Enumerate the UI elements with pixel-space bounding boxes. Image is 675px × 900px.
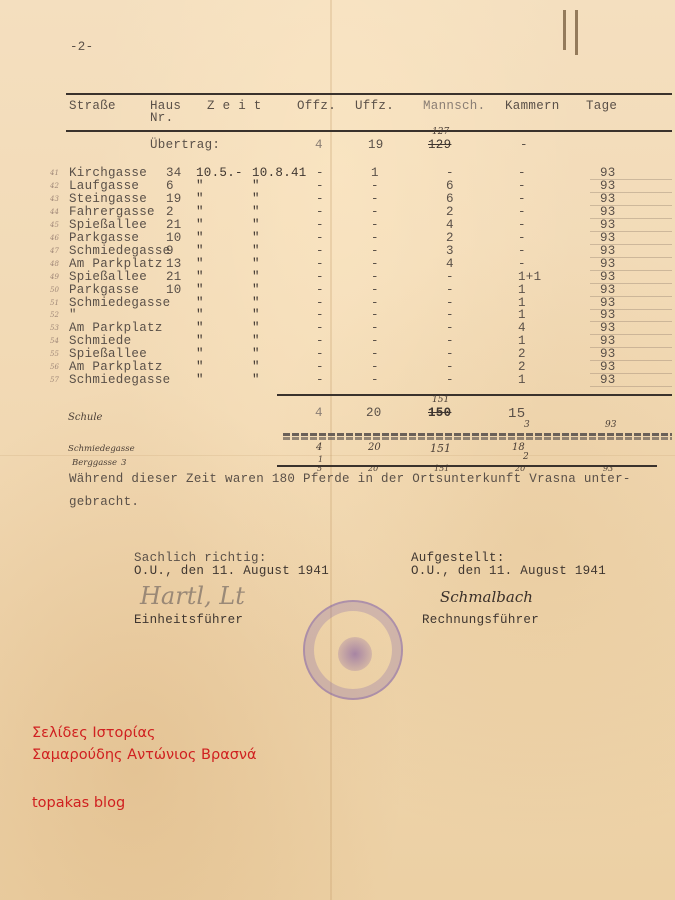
subtotal-tage: 93 — [605, 420, 616, 430]
row-strasse: Spießallee — [69, 270, 147, 284]
sign-left-signature: Hartl, Lt — [140, 582, 245, 610]
row-kammern: 1 — [518, 308, 526, 322]
subtotal-kammern-add: 3 — [524, 420, 530, 430]
col-offz: Offz. — [297, 99, 336, 113]
row-zeit-to: " — [252, 270, 260, 284]
total1-kammern-add: 2 — [523, 452, 529, 462]
row-offz: - — [316, 231, 324, 245]
row-margin-number: 42 — [50, 182, 59, 190]
row-kammern: 1+1 — [518, 270, 541, 284]
subtotal-rule — [277, 394, 672, 396]
row-haus: 21 — [166, 270, 182, 284]
row-margin-number: 47 — [50, 247, 59, 255]
row-tage: 93 — [600, 166, 616, 180]
document-page: -2- Straße Haus Nr. Z e i t Offz. Uffz. … — [0, 0, 675, 900]
header-rule-bottom — [66, 130, 672, 132]
subtotal-hand-label: Schule — [68, 412, 102, 423]
row-margin-number: 52 — [50, 311, 59, 319]
row-haus: 10 — [166, 283, 182, 297]
total1-mannsch: 151 — [430, 442, 451, 455]
row-kammern: - — [518, 244, 526, 258]
row-strasse: Laufgasse — [69, 179, 139, 193]
row-tage: 93 — [600, 360, 616, 374]
row-zeit-to: 10.8.41 — [252, 166, 307, 180]
note-line-2: gebracht. — [69, 495, 139, 509]
row-offz: - — [316, 166, 324, 180]
row-margin-number: 55 — [50, 350, 59, 358]
row-strasse: Kirchgasse — [69, 166, 147, 180]
row-tage: 93 — [600, 179, 616, 193]
row-zeit-from: " — [196, 218, 204, 232]
row-offz: - — [316, 257, 324, 271]
row-uffz: - — [371, 321, 379, 335]
sign-left-date: O.U., den 11. August 1941 — [134, 564, 329, 578]
row-haus: 10 — [166, 231, 182, 245]
row-mannsch: - — [446, 166, 454, 180]
row-tage: 93 — [600, 296, 616, 310]
row-offz: - — [316, 244, 324, 258]
row-zeit-from: " — [196, 244, 204, 258]
carryover-kammern: - — [520, 138, 528, 152]
row-strasse: Am Parkplatz — [69, 257, 163, 271]
col-kammern: Kammern — [505, 99, 560, 113]
row-offz: - — [316, 347, 324, 361]
row-mannsch: - — [446, 283, 454, 297]
row-margin-number: 51 — [50, 299, 59, 307]
row-zeit-from: " — [196, 231, 204, 245]
row-strasse: Am Parkplatz — [69, 321, 163, 335]
row-offz: - — [316, 179, 324, 193]
row-zeit-from: " — [196, 179, 204, 193]
row-kammern: 2 — [518, 347, 526, 361]
row-offz: - — [316, 218, 324, 232]
row-zeit-to: " — [252, 192, 260, 206]
paper-fold-vertical — [330, 0, 332, 900]
row-uffz: - — [371, 218, 379, 232]
row-haus: 21 — [166, 218, 182, 232]
row-kammern: - — [518, 218, 526, 232]
row-mannsch: 3 — [446, 244, 454, 258]
row-kammern: 1 — [518, 296, 526, 310]
subtotal-kammern: 15 — [508, 406, 525, 422]
row-margin-number: 57 — [50, 376, 59, 384]
row-tage: 93 — [600, 308, 616, 322]
row-uffz: - — [371, 308, 379, 322]
row-strasse: Schmiedegasse — [69, 296, 170, 310]
row-zeit-from: " — [196, 360, 204, 374]
row-kammern: 1 — [518, 283, 526, 297]
row-zeit-to: " — [252, 334, 260, 348]
double-dashed-rule — [283, 437, 672, 440]
row-tage: 93 — [600, 205, 616, 219]
total1-offz: 4 — [316, 442, 322, 453]
page-number: -2- — [70, 40, 93, 54]
row-offz: - — [316, 205, 324, 219]
row-zeit-to: " — [252, 296, 260, 310]
row-uffz: 1 — [371, 166, 379, 180]
total-rule — [277, 465, 657, 467]
row-zeit-from: " — [196, 270, 204, 284]
col-nr: Nr. — [150, 111, 173, 125]
row-margin-number: 43 — [50, 195, 59, 203]
col-mannsch: Mannsch. — [423, 99, 485, 113]
row-margin-number: 46 — [50, 234, 59, 242]
row-zeit-from: " — [196, 205, 204, 219]
row-tage: 93 — [600, 334, 616, 348]
row-strasse: Fahrergasse — [69, 205, 155, 219]
sign-left-role: Einheitsführer — [134, 613, 243, 627]
row-mannsch: - — [446, 373, 454, 387]
row-tage: 93 — [600, 231, 616, 245]
overlay-title: Σελίδες Ιστορίας — [32, 725, 156, 741]
col-uffz: Uffz. — [355, 99, 394, 113]
sign-right-label: Aufgestellt: — [411, 551, 505, 565]
row-haus: 34 — [166, 166, 182, 180]
row-margin-number: 49 — [50, 273, 59, 281]
sign-right-signature: Schmalbach — [440, 588, 533, 606]
row-zeit-from: " — [196, 283, 204, 297]
row-mannsch: 6 — [446, 192, 454, 206]
row-zeit-to: " — [252, 321, 260, 335]
row-margin-number: 53 — [50, 324, 59, 332]
row-kammern: - — [518, 257, 526, 271]
row-zeit-to: " — [252, 179, 260, 193]
paper-fold-horizontal — [0, 455, 675, 456]
row-zeit-from: " — [196, 373, 204, 387]
row-margin-number: 45 — [50, 221, 59, 229]
row-margin-number: 44 — [50, 208, 59, 216]
row-haus: 2 — [166, 205, 174, 219]
row-strasse: Spießallee — [69, 218, 147, 232]
row-uffz: - — [371, 347, 379, 361]
row-zeit-to: " — [252, 231, 260, 245]
row-mannsch: - — [446, 347, 454, 361]
row-offz: - — [316, 334, 324, 348]
row-margin-number: 41 — [50, 169, 59, 177]
row-mannsch: - — [446, 270, 454, 284]
row-strasse: " — [69, 308, 77, 322]
sign-left-label: Sachlich richtig: — [134, 551, 267, 565]
row-tage: 93 — [600, 270, 616, 284]
row-haus: 13 — [166, 257, 182, 271]
row-strasse: Parkgasse — [69, 283, 139, 297]
row-uffz: - — [371, 244, 379, 258]
row-mannsch: 4 — [446, 257, 454, 271]
row-haus: 19 — [166, 192, 182, 206]
row-tage: 93 — [600, 283, 616, 297]
row-strasse: Spießallee — [69, 347, 147, 361]
official-stamp — [303, 600, 403, 700]
row-mannsch: - — [446, 360, 454, 374]
row-tage: 93 — [600, 347, 616, 361]
row-kammern: - — [518, 192, 526, 206]
row-uffz: - — [371, 231, 379, 245]
row-uffz: - — [371, 296, 379, 310]
carryover-offz: 4 — [315, 138, 323, 152]
row-tage: 93 — [600, 218, 616, 232]
row-uffz: - — [371, 205, 379, 219]
row-zeit-to: " — [252, 283, 260, 297]
total2-offz-add: 1 — [318, 455, 323, 464]
tage-underline — [590, 386, 672, 387]
row-kammern: 1 — [518, 373, 526, 387]
total1-uffz: 20 — [368, 442, 381, 453]
subtotal-mannsch-corrected: 150 — [428, 406, 451, 420]
row-offz: - — [316, 192, 324, 206]
edge-mark — [563, 10, 566, 50]
row-zeit-from: " — [196, 334, 204, 348]
carryover-mannsch-corrected: 127 — [432, 127, 449, 137]
row-haus: 9 — [166, 244, 174, 258]
row-kammern: - — [518, 166, 526, 180]
overlay-blog: topakas blog — [32, 795, 125, 811]
row-zeit-to: " — [252, 373, 260, 387]
row-zeit-to: " — [252, 218, 260, 232]
subtotal-mannsch-hand: 151 — [432, 395, 449, 405]
row-zeit-to: " — [252, 205, 260, 219]
row-zeit-from: " — [196, 347, 204, 361]
row-offz: - — [316, 373, 324, 387]
row-mannsch: 2 — [446, 231, 454, 245]
row-zeit-to: " — [252, 347, 260, 361]
total2-hand-label-num: 3 — [121, 458, 126, 468]
row-offz: - — [316, 296, 324, 310]
row-margin-number: 50 — [50, 286, 59, 294]
row-zeit-to: " — [252, 244, 260, 258]
row-margin-number: 48 — [50, 260, 59, 268]
header-rule-top — [66, 93, 672, 95]
row-margin-number: 56 — [50, 363, 59, 371]
row-uffz: - — [371, 334, 379, 348]
row-mannsch: - — [446, 308, 454, 322]
col-strasse: Straße — [69, 99, 116, 113]
carryover-label: Übertrag: — [150, 138, 220, 152]
row-zeit-from: " — [196, 321, 204, 335]
subtotal-offz: 4 — [315, 406, 323, 420]
carryover-mannsch-struck: 129 — [428, 138, 451, 152]
row-offz: - — [316, 270, 324, 284]
row-strasse: Schmiede — [69, 334, 131, 348]
row-zeit-to: " — [252, 308, 260, 322]
row-mannsch: 6 — [446, 179, 454, 193]
row-tage: 93 — [600, 321, 616, 335]
row-zeit-from: " — [196, 192, 204, 206]
row-margin-number: 54 — [50, 337, 59, 345]
sign-right-date: O.U., den 11. August 1941 — [411, 564, 606, 578]
row-offz: - — [316, 360, 324, 374]
row-strasse: Schmiedegasse — [69, 244, 170, 258]
row-kammern: - — [518, 231, 526, 245]
row-zeit-to: " — [252, 257, 260, 271]
col-zeit: Z e i t — [207, 99, 262, 113]
row-strasse: Schmiedegasse — [69, 373, 170, 387]
row-kammern: 1 — [518, 334, 526, 348]
note-line-1: Während dieser Zeit waren 180 Pferde in … — [69, 472, 631, 486]
overlay-author: Σαμαρούδης Αντώνιος Βρασνά — [32, 747, 257, 763]
row-kammern: 2 — [518, 360, 526, 374]
double-dashed-rule — [283, 433, 672, 436]
row-zeit-to: " — [252, 360, 260, 374]
row-kammern: - — [518, 205, 526, 219]
edge-mark — [575, 10, 578, 55]
row-zeit-from: 10.5.- — [196, 166, 243, 180]
carryover-uffz: 19 — [368, 138, 384, 152]
row-uffz: - — [371, 373, 379, 387]
row-zeit-from: " — [196, 296, 204, 310]
row-kammern: 4 — [518, 321, 526, 335]
col-tage: Tage — [586, 99, 617, 113]
sign-right-role: Rechnungsführer — [422, 613, 539, 627]
total1-hand-label: Schmiedegasse — [68, 444, 135, 454]
row-uffz: - — [371, 257, 379, 271]
row-zeit-from: " — [196, 257, 204, 271]
row-strasse: Am Parkplatz — [69, 360, 163, 374]
row-offz: - — [316, 283, 324, 297]
row-kammern: - — [518, 179, 526, 193]
row-strasse: Steingasse — [69, 192, 147, 206]
row-offz: - — [316, 321, 324, 335]
row-strasse: Parkgasse — [69, 231, 139, 245]
row-uffz: - — [371, 192, 379, 206]
row-mannsch: - — [446, 334, 454, 348]
row-uffz: - — [371, 360, 379, 374]
subtotal-uffz: 20 — [366, 406, 382, 420]
row-mannsch: - — [446, 296, 454, 310]
row-uffz: - — [371, 179, 379, 193]
row-tage: 93 — [600, 192, 616, 206]
total2-hand-label: Berggasse — [72, 458, 117, 468]
row-haus: 6 — [166, 179, 174, 193]
row-offz: - — [316, 308, 324, 322]
row-mannsch: 2 — [446, 205, 454, 219]
row-tage: 93 — [600, 244, 616, 258]
row-tage: 93 — [600, 257, 616, 271]
row-uffz: - — [371, 283, 379, 297]
row-mannsch: - — [446, 321, 454, 335]
row-mannsch: 4 — [446, 218, 454, 232]
row-zeit-from: " — [196, 308, 204, 322]
row-tage: 93 — [600, 373, 616, 387]
stamp-emblem-icon — [338, 637, 372, 671]
row-uffz: - — [371, 270, 379, 284]
